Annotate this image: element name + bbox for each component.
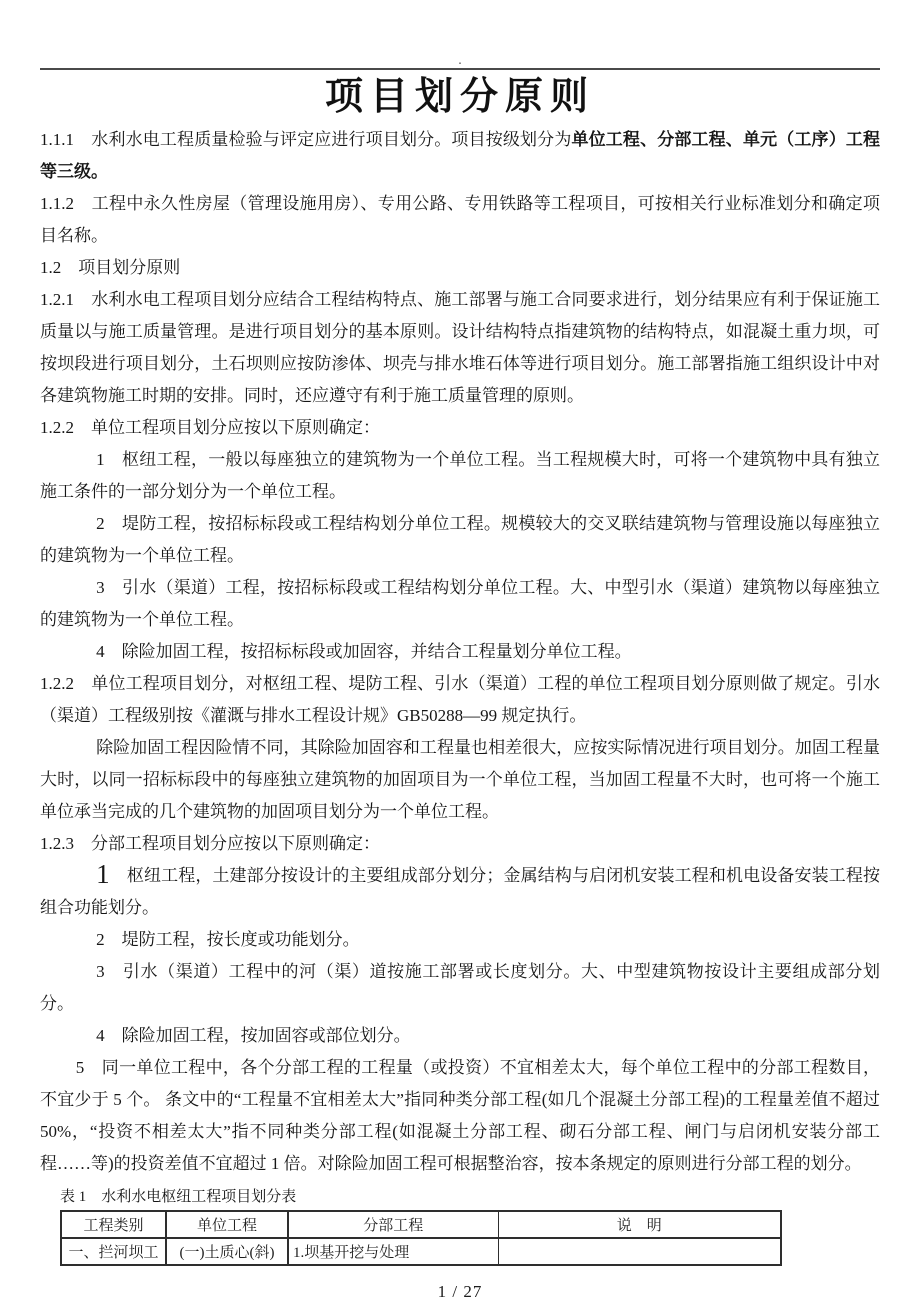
- text-run: 1.1.1 水利水电工程质量检验与评定应进行项目划分。项目按级划分为: [40, 130, 571, 149]
- text-run: 枢纽工程，土建部分按设计的主要组成部分划分；金属结构与启闭机安装工程和机电设备安…: [40, 866, 880, 917]
- table-cell: [498, 1238, 781, 1265]
- text-run: 3 引水（渠道）工程中的河（渠）道按施工部署或长度划分。大、中型建筑物按设计主要…: [40, 962, 880, 1013]
- text-run: 2 堤防工程，按长度或功能划分。: [96, 930, 360, 949]
- text-run: 1.2 项目划分原则: [40, 258, 180, 277]
- document-title: 项目划分原则: [0, 72, 920, 122]
- table-header-row: 工程类别单位工程分部工程说 明: [61, 1211, 781, 1238]
- paragraph: 4 除险加固工程，按加固容或部位划分。: [40, 1020, 880, 1052]
- table-caption: 表 1 水利水电枢纽工程项目划分表: [60, 1186, 920, 1208]
- paragraph: 1.2.2 单位工程项目划分应按以下原则确定：: [40, 412, 880, 444]
- document-page: . 项目划分原则 1.1.1 水利水电工程质量检验与评定应进行项目划分。项目按级…: [0, 0, 920, 1302]
- paragraph: 1.2.1 水利水电工程项目划分应结合工程结构特点、施工部署与施工合同要求进行，…: [40, 284, 880, 412]
- text-run: 1.2.2 单位工程项目划分，对枢纽工程、堤防工程、引水（渠道）工程的单位工程项…: [40, 674, 880, 725]
- page-number: 1 / 27: [0, 1282, 920, 1302]
- paragraph: 4 除险加固工程，按招标标段或加固容，并结合工程量划分单位工程。: [40, 636, 880, 668]
- paragraph: 1.1.1 水利水电工程质量检验与评定应进行项目划分。项目按级划分为单位工程、分…: [40, 124, 880, 188]
- header-cell: 工程类别: [61, 1211, 166, 1238]
- project-table-block: 表 1 水利水电枢纽工程项目划分表 工程类别单位工程分部工程说 明 一、拦河坝工…: [60, 1186, 920, 1266]
- text-run: 4 除险加固工程，按招标标段或加固容，并结合工程量划分单位工程。: [96, 642, 632, 661]
- page-header-rule: .: [40, 0, 880, 70]
- table-cell: (一)土质心(斜): [166, 1238, 288, 1265]
- header-cell: 说 明: [498, 1211, 781, 1238]
- paragraph: 2 堤防工程，按招标标段或工程结构划分单位工程。规模较大的交叉联结建筑物与管理设…: [40, 508, 880, 572]
- text-run: 1.2.1 水利水电工程项目划分应结合工程结构特点、施工部署与施工合同要求进行，…: [40, 290, 880, 405]
- text-run: 5 同一单位工程中，各个分部工程的工程量（或投资）不宜相差太大，每个单位工程中的…: [40, 1058, 880, 1173]
- paragraph: 1 枢纽工程，土建部分按设计的主要组成部分划分；金属结构与启闭机安装工程和机电设…: [40, 860, 880, 924]
- paragraph: 1.2 项目划分原则: [40, 252, 880, 284]
- table-row: 一、拦河坝工(一)土质心(斜)1.坝基开挖与处理: [61, 1238, 781, 1265]
- text-run: 1 枢纽工程，一般以每座独立的建筑物为一个单位工程。当工程规模大时，可将一个建筑…: [40, 450, 880, 501]
- header-cell: 分部工程: [288, 1211, 498, 1238]
- text-run: 2 堤防工程，按招标标段或工程结构划分单位工程。规模较大的交叉联结建筑物与管理设…: [40, 514, 880, 565]
- text-run: 1.2.2 单位工程项目划分应按以下原则确定：: [40, 418, 380, 437]
- paragraph: 3 引水（渠道）工程中的河（渠）道按施工部署或长度划分。大、中型建筑物按设计主要…: [40, 956, 880, 1020]
- paragraph: 1.1.2 工程中永久性房屋（管理设施用房）、专用公路、专用铁路等工程项目，可按…: [40, 188, 880, 252]
- paragraph: 3 引水（渠道）工程，按招标标段或工程结构划分单位工程。大、中型引水（渠道）建筑…: [40, 572, 880, 636]
- large-numeral-run: 1: [96, 859, 110, 889]
- paragraph: 1.2.2 单位工程项目划分，对枢纽工程、堤防工程、引水（渠道）工程的单位工程项…: [40, 668, 880, 732]
- table-cell: 一、拦河坝工: [61, 1238, 166, 1265]
- table-cell: 1.坝基开挖与处理: [288, 1238, 498, 1265]
- paragraph: 2 堤防工程，按长度或功能划分。: [40, 924, 880, 956]
- text-run: 除险加固工程因险情不同，其除险加固容和工程量也相差很大，应按实际情况进行项目划分…: [40, 738, 880, 821]
- paragraph: 1 枢纽工程，一般以每座独立的建筑物为一个单位工程。当工程规模大时，可将一个建筑…: [40, 444, 880, 508]
- project-division-table: 工程类别单位工程分部工程说 明 一、拦河坝工(一)土质心(斜)1.坝基开挖与处理: [60, 1210, 782, 1266]
- paragraph: 1.2.3 分部工程项目划分应按以下原则确定：: [40, 828, 880, 860]
- text-run: 1.2.3 分部工程项目划分应按以下原则确定：: [40, 834, 380, 853]
- paragraph: 5 同一单位工程中，各个分部工程的工程量（或投资）不宜相差太大，每个单位工程中的…: [40, 1052, 880, 1180]
- text-run: 3 引水（渠道）工程，按招标标段或工程结构划分单位工程。大、中型引水（渠道）建筑…: [40, 578, 880, 629]
- table-body: 一、拦河坝工(一)土质心(斜)1.坝基开挖与处理: [61, 1238, 781, 1265]
- header-cell: 单位工程: [166, 1211, 288, 1238]
- header-dot: .: [458, 54, 462, 68]
- text-run: 4 除险加固工程，按加固容或部位划分。: [96, 1026, 411, 1045]
- paragraph: 除险加固工程因险情不同，其除险加固容和工程量也相差很大，应按实际情况进行项目划分…: [40, 732, 880, 828]
- document-body: 1.1.1 水利水电工程质量检验与评定应进行项目划分。项目按级划分为单位工程、分…: [40, 124, 880, 1180]
- text-run: 1.1.2 工程中永久性房屋（管理设施用房）、专用公路、专用铁路等工程项目，可按…: [40, 194, 880, 245]
